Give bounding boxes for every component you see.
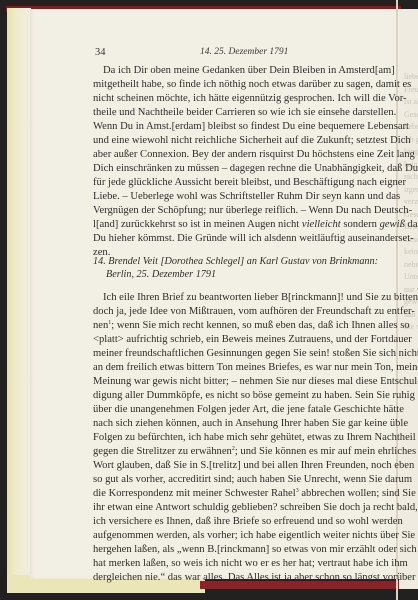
text-line: ich versichere es Ihnen, daß ihre Briefe… xyxy=(93,515,386,529)
text-line: Dich einschränken zu müssen – dagegen re… xyxy=(93,162,386,176)
text-line: aufgenommen werden, als vorher; ich habe… xyxy=(93,529,386,543)
running-head: 34 14. 25. Dezember 1791 xyxy=(95,47,385,61)
text-line: hergehen laßen, als „wenn B.[rinckmann] … xyxy=(93,543,386,557)
text-line: dergleichen nie.“ das war alles. Das All… xyxy=(93,571,386,585)
text-line: Vergnügen der Schöpfung; nur überlege re… xyxy=(93,204,386,218)
text-line: Liebe. – Ueberlege wohl was Schriftstell… xyxy=(93,190,386,204)
text-line: doch ja, jede Idee von Mißtrauen, vom au… xyxy=(93,305,386,319)
letter-14-body: Ich eile Ihren Brief zu beantworten lieb… xyxy=(93,291,386,585)
text-line: Du hieher kömmst. Die Gründe will ich al… xyxy=(93,232,386,246)
text-line: Meinung war gewis nicht bitter; – nehmen… xyxy=(93,375,386,389)
text-line: nach sich ziehen können, auch in Ansehun… xyxy=(93,417,386,431)
text-line: gegen die Strelitzer zu erwähnen2; und S… xyxy=(93,445,386,459)
text-line: <platt> aufrichtig schrieb, ein Beweis m… xyxy=(93,333,386,347)
text-line: meiner freundschaftlichen Gesinnungen ge… xyxy=(93,347,386,361)
letter-13-conclusion: Da ich Dir oben meine Gedanken über Dein… xyxy=(93,64,386,260)
text-line: Folgen zu befürchten, ich habe mich sehr… xyxy=(93,431,386,445)
text-line: an dem freilich etwas bittern Ton meines… xyxy=(93,361,386,375)
text-line: für jede glückliche Aussicht bereit blei… xyxy=(93,176,386,190)
text-line: die Korrespondenz mit meiner Schwester R… xyxy=(93,487,386,501)
text-line: digung aller Dummköpfe, es nicht so böse… xyxy=(93,389,386,403)
text-line: so gut als vorher, accreditirt sind; auc… xyxy=(93,473,386,487)
letter-heading-place-date: Berlin, 25. Dezember 1791 xyxy=(93,268,386,281)
page-number: 34 xyxy=(95,47,106,58)
text-line: und eine wiewohl nicht reichliche Sicher… xyxy=(93,134,386,148)
text-line: ihr etwan eine Antwort schuldig gebliebe… xyxy=(93,501,386,515)
text-line: mitgetheilt habe, so finde ich nöthig no… xyxy=(93,78,386,92)
page-stack-left-edge xyxy=(7,8,31,592)
text-line: hat merken laßen, so weis ich nicht wo e… xyxy=(93,557,386,571)
text-line: Da ich Dir oben meine Gedanken über Dein… xyxy=(93,64,386,78)
text-line: Ich eile Ihren Brief zu beantworten lieb… xyxy=(93,291,386,305)
text-line: Wenn Du in Amst.[erdam] bleibst so finde… xyxy=(93,120,386,134)
emphasis: vielleicht xyxy=(302,219,341,230)
running-head-title: 14. 25. Dezember 1791 xyxy=(200,47,288,57)
letter-14-heading: 14. Brendel Veit [Dorothea Schlegel] an … xyxy=(93,255,386,281)
text-line: l[and] zurückkehrst so ist in meinen Aug… xyxy=(93,218,386,232)
text-line: aber außer Connexion. Bey der andern ris… xyxy=(93,148,386,162)
text-line: theile und Nachtheile beider Carrieren s… xyxy=(93,106,386,120)
text-line: nen1; wenn Sie mich recht kennen, so muß… xyxy=(93,319,386,333)
letter-heading-line1: 14. Brendel Veit [Dorothea Schlegel] an … xyxy=(93,255,386,268)
text-line: nicht scheinen möchte, ich hätte eigennü… xyxy=(93,92,386,106)
text-line: Wort glauben, daß Sie in S.[trelitz] und… xyxy=(93,459,386,473)
text-line: über die unangenehmen Folgen jeder Art, … xyxy=(93,403,386,417)
emphasis: gewiß xyxy=(380,219,405,230)
